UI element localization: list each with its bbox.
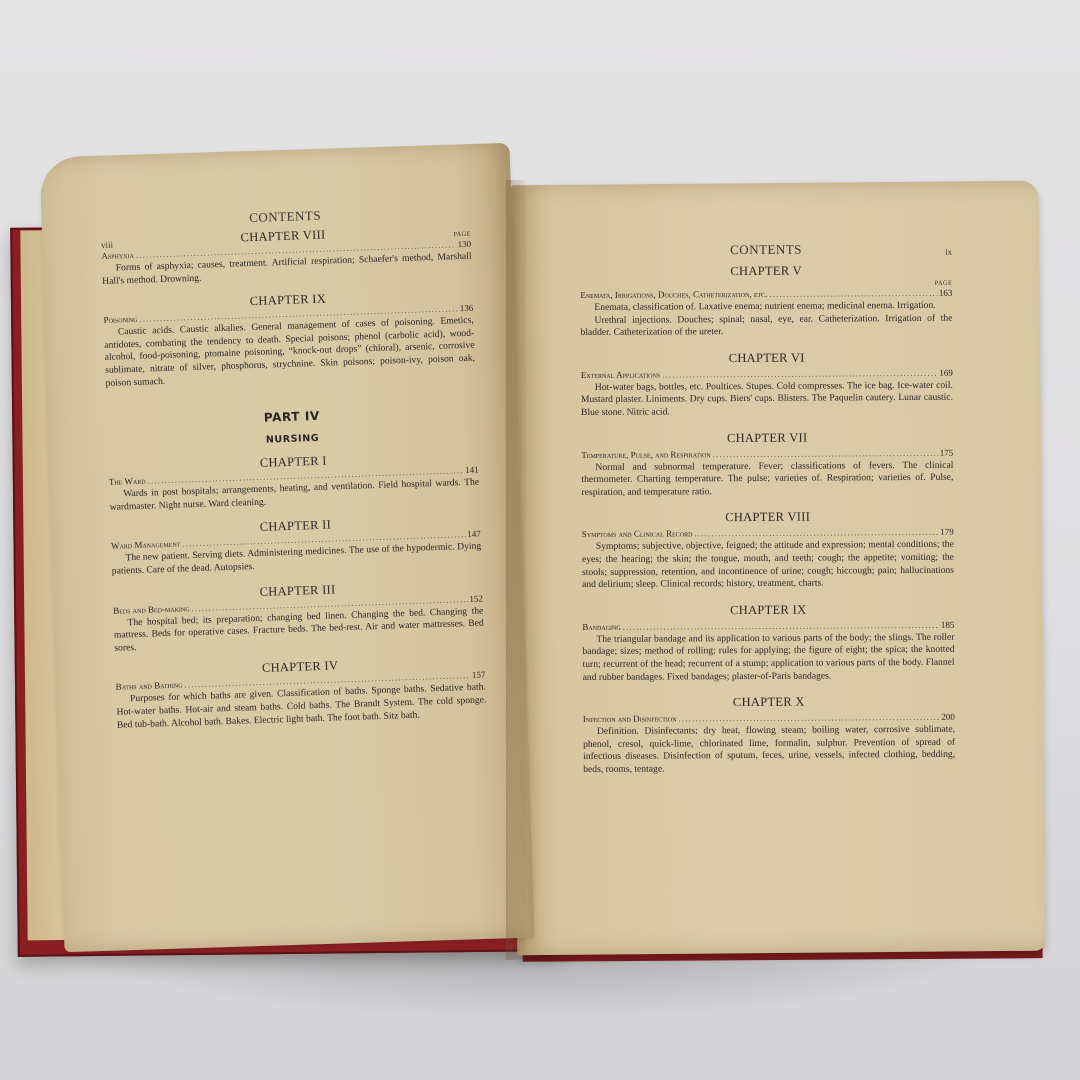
toc-entry: CHAPTER II Ward Management 147 The new p… [110,513,482,578]
left-page-text: CONTENTS viii CHAPTER VIII PAGE Asphyxia… [100,203,487,743]
toc-entry: CHAPTER V PAGE Enemata, Irrigations, Dou… [580,263,952,340]
chapter-number: CHAPTER V [580,263,952,280]
chapter-number: CHAPTER VII [581,429,953,446]
folio: viii [101,240,113,250]
entry-description: Hot-water bags, bottles, etc. Poultices.… [581,380,953,420]
entry-description: Caustic acids. Caustic alkalies. General… [104,315,476,390]
entry-description: Definition. Disinfectants; dry heat, flo… [583,724,955,777]
entry-description: Normal and subnormal temperature. Fever;… [581,459,953,499]
entry-page: 179 [940,526,954,538]
entry-page: 130 [457,238,471,250]
toc-entry: CHAPTER I The Ward 141 Wards in post hos… [108,449,480,514]
entry-page: 157 [472,669,486,681]
entry-title: Asphyxia [101,249,134,262]
entry-title: Baths and Bathing [115,679,182,693]
chapter-number: CHAPTER VI [581,350,953,367]
entry-title: The Ward [109,475,146,488]
toc-entry: CHAPTER VI External Applications 169 Hot… [581,350,953,420]
book-gutter [506,180,526,960]
entry-title: Beds and Bed-making [113,602,190,617]
entry-title: External Applications [581,368,660,380]
entry-description: Urethral injections. Douches; spinal; na… [580,312,952,339]
entry-page: 175 [940,446,954,458]
entry-title: Symptoms and Clinical Record [582,528,693,541]
toc-entry: CHAPTER VII Temperature, Pulse, and Resp… [581,429,953,499]
entry-title: Temperature, Pulse, and Respiration [581,448,711,461]
entry-title: Bandaging [582,620,620,632]
toc-entry: CHAPTER IV Baths and Bathing 157 Purpose… [115,654,487,732]
entry-title: Poisoning [103,313,137,326]
entry-page: 147 [467,528,481,540]
toc-entry: CHAPTER IX Bandaging 185 The triangular … [582,601,954,684]
toc-entry: CHAPTER IX Poisoning 136 Caustic acids. … [103,287,476,390]
entry-page: 136 [460,302,474,314]
entry-page: 200 [941,711,955,723]
entry-description: Symptoms; subjective, objective, feigned… [582,539,954,592]
entry-page: 185 [941,618,955,630]
chapter-number: CHAPTER IX [582,601,954,618]
folio: ix [802,247,952,258]
entry-description: The triangular bandage and its applicati… [582,631,954,684]
entry-title: Ward Management [111,538,181,552]
chapter-number: CHAPTER X [583,694,955,711]
entry-page: 163 [939,287,953,299]
part-title: PART IV [107,404,477,430]
dot-leader [713,447,938,460]
entry-page: 152 [469,592,483,604]
dot-leader [769,288,936,301]
entry-page: 169 [939,367,953,379]
part-subtitle: NURSING [107,428,477,451]
toc-entry: viii CHAPTER VIII PAGE Asphyxia 130 Form… [101,223,473,288]
chapter-number: CHAPTER VIII [582,509,954,526]
toc-entry: CHAPTER VIII Symptoms and Clinical Recor… [582,509,954,592]
running-head: CONTENTS [730,242,802,258]
entry-title: Infection and Disinfection [583,713,677,726]
toc-entry: CHAPTER X Infection and Disinfection 200… [583,694,955,777]
entry-page: 141 [465,464,479,476]
right-page-text: CONTENTS ix CHAPTER V PAGE Enemata, Irri… [580,241,955,789]
entry-title: Enemata, Irrigations, Douches, Catheteri… [580,288,767,301]
toc-entry: CHAPTER III Beds and Bed-making 152 The … [112,577,484,655]
